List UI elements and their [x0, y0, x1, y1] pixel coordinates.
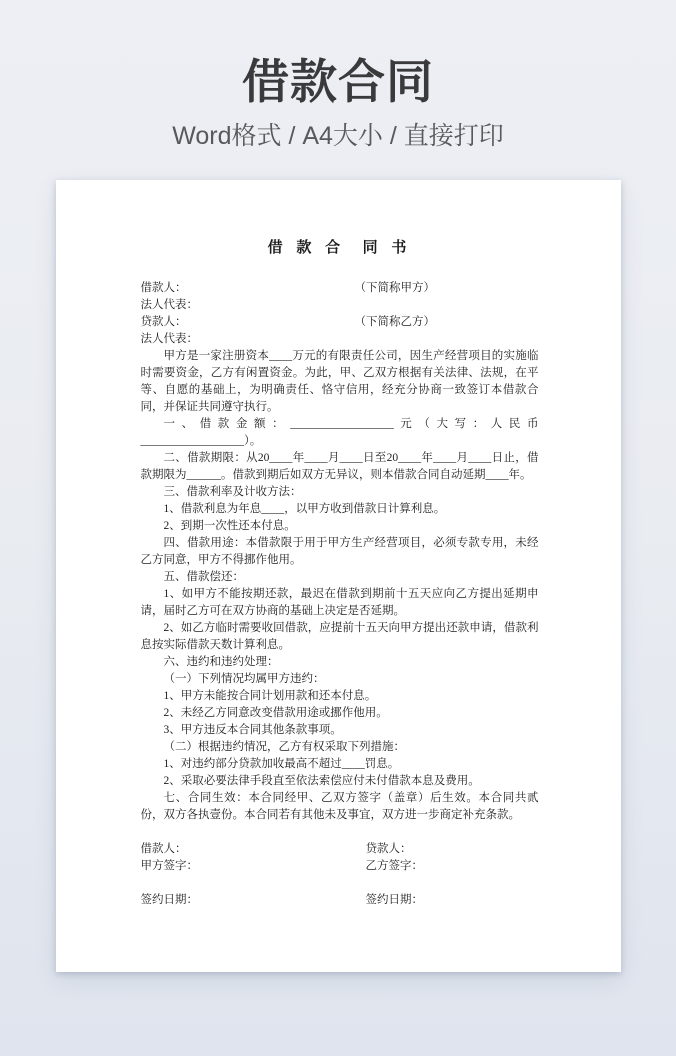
row-right-label: 贷款人： — [366, 841, 412, 858]
document-page: 借 款 合 同 书 借款人：（下简称甲方）法人代表：贷款人：（下简称乙方）法人代… — [56, 180, 621, 972]
doc-paragraph: （一）下列情况均属甲方违约： — [141, 671, 539, 688]
doc-paragraph: 1、如甲方不能按期还款，最迟在借款到期前十五天应向乙方提出延期申请，届时乙方可在… — [141, 586, 539, 620]
doc-paragraph: 五、借款偿还： — [141, 569, 539, 586]
signature-row: 借款人：贷款人： — [141, 841, 539, 858]
doc-paragraph: 三、借款利率及计收方法： — [141, 484, 539, 501]
doc-paragraph: 六、违约和违约处理： — [141, 654, 539, 671]
row-left-label: 贷款人： — [141, 316, 187, 328]
page-title: 借款合同 — [0, 56, 676, 108]
page-background: { "header": { "title": "借款合同", "subtitle… — [0, 0, 676, 1056]
doc-paragraph: 二、借款期限：从20____年____月____日至20____年____月__… — [141, 450, 539, 484]
signature-row: 甲方签字：乙方签字： — [141, 858, 539, 875]
row-left-label: 借款人： — [141, 843, 187, 855]
row-right-label: 签约日期： — [366, 892, 424, 909]
doc-paragraph: 2、未经乙方同意改变借款用途或挪作他用。 — [141, 705, 539, 722]
doc-paragraph: 2、采取必要法律手段直至依法索偿应付未付借款本息及费用。 — [141, 773, 539, 790]
doc-paragraph: 3、甲方违反本合同其他条款事项。 — [141, 722, 539, 739]
row-left-label: 签约日期： — [141, 894, 199, 906]
signature-row: 签约日期：签约日期： — [141, 892, 539, 909]
doc-paragraph: 法人代表： — [141, 297, 539, 314]
doc-paragraph: （二）根据违约情况，乙方有权采取下列措施： — [141, 739, 539, 756]
blank-line — [141, 824, 539, 841]
doc-paragraph: 四、借款用途：本借款限于用于甲方生产经营项目，必须专款专用，未经乙方同意，甲方不… — [141, 535, 539, 569]
page-subtitle: Word格式 / A4大小 / 直接打印 — [0, 116, 676, 152]
doc-paragraph: 甲方是一家注册资本____万元的有限责任公司，因生产经营项目的实施临时需要资金，… — [141, 348, 539, 416]
doc-paragraph: 2、如乙方临时需要收回借款，应提前十五天向甲方提出还款申请，借款利息按实际借款天… — [141, 620, 539, 654]
document-title: 借 款 合 同 书 — [141, 240, 539, 257]
doc-paragraph: 1、甲方未能按合同计划用款和还本付息。 — [141, 688, 539, 705]
doc-paragraph: 一、借款金额：__________________元（大写：人民币_______… — [141, 416, 539, 450]
row-right-label: 乙方签字： — [366, 858, 424, 875]
row-left-label: 借款人： — [141, 282, 187, 294]
doc-paragraph: 法人代表： — [141, 331, 539, 348]
party-row: 贷款人：（下简称乙方） — [141, 314, 539, 331]
doc-paragraph: 2、到期一次性还本付息。 — [141, 518, 539, 535]
blank-line — [141, 875, 539, 892]
doc-paragraph: 1、对违约部分贷款加收最高不超过____罚息。 — [141, 756, 539, 773]
document-body: 借 款 合 同 书 借款人：（下简称甲方）法人代表：贷款人：（下简称乙方）法人代… — [141, 240, 539, 909]
row-right-label: （下简称乙方） — [355, 314, 436, 331]
row-right-label: （下简称甲方） — [355, 280, 436, 297]
template-header: 借款合同 Word格式 / A4大小 / 直接打印 — [0, 0, 676, 152]
party-row: 借款人：（下简称甲方） — [141, 280, 539, 297]
row-left-label: 甲方签字： — [141, 860, 199, 872]
doc-paragraph: 1、借款利息为年息____，以甲方收到借款日计算利息。 — [141, 501, 539, 518]
doc-paragraph: 七、合同生效：本合同经甲、乙双方签字（盖章）后生效。本合同共贰份，双方各执壹份。… — [141, 790, 539, 824]
